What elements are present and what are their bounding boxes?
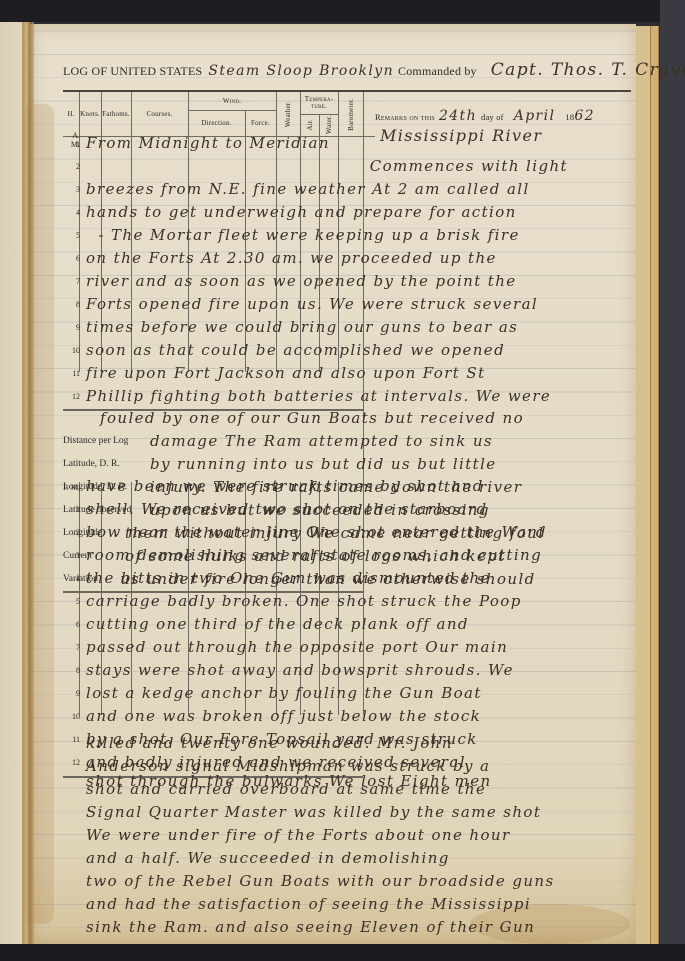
log-line: shot and carried overboard at same time … [86,780,486,798]
binding-thread [22,22,34,944]
log-line: and had the satisfaction of seeing the M… [86,895,531,913]
log-line: sink the Ram. and also seeing Eleven of … [86,918,535,936]
log-line: Signal Quarter Master was killed by the … [86,803,541,821]
log-line: Anderson signal Midshipman was struck by… [86,757,490,775]
continuation-lines: killed and twenty one wounded. Mr. John … [30,0,636,961]
page-edge-stack [636,26,651,947]
scan-bottom-shadow [0,944,685,961]
log-line: We were under fire of the Forts about on… [86,826,511,844]
scan-right-background [660,0,685,961]
log-line: two of the Rebel Gun Boats with our broa… [86,872,555,890]
scan-stage: LOG OF UNITED STATES Steam Sloop Brookly… [0,0,685,961]
log-line: killed and twenty one wounded. Mr. John [86,734,453,752]
log-line: and a half. We succeeded in demolishing [86,849,450,867]
